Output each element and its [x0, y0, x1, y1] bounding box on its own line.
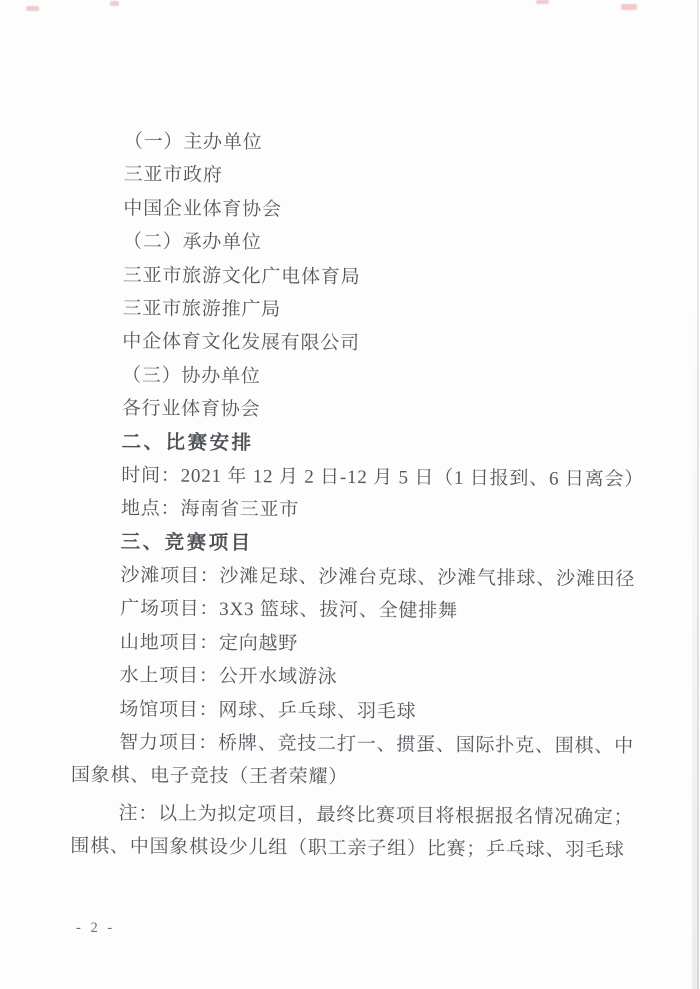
red-scan-mark — [26, 6, 39, 11]
doc-line: 沙滩项目：沙滩足球、沙滩台克球、沙滩气排球、沙滩田径 — [72, 559, 628, 597]
doc-line: 地点：海南省三亚市 — [73, 492, 629, 530]
document-body: （一）主办单位 三亚市政府 中国企业体育协会 （二）承办单位 三亚市旅游文化广电… — [70, 125, 632, 868]
doc-line: （一）主办单位 — [76, 125, 632, 163]
doc-line: 时间：2021 年 12 月 2 日-12 月 5 日（1 日报到、6 日离会） — [73, 459, 629, 497]
doc-line: 智力项目：桥牌、竞技二打一、掼蛋、国际扑克、围棋、中 — [71, 726, 627, 764]
doc-line: 三亚市旅游推广局 — [74, 292, 630, 330]
red-scan-mark — [110, 1, 119, 6]
scan-edge-line — [697, 0, 699, 989]
red-scan-mark — [621, 4, 637, 10]
section-heading: 二、比赛安排 — [73, 425, 629, 463]
section-heading: 三、竞赛项目 — [73, 525, 629, 563]
scan-edge-shadow — [692, 300, 697, 989]
page-number: - 2 - — [76, 920, 115, 937]
doc-line: 中企体育文化发展有限公司 — [74, 325, 630, 363]
doc-line: 山地项目：定向越野 — [72, 626, 628, 664]
doc-line: 广场项目：3X3 篮球、拔河、全健排舞 — [72, 592, 628, 630]
doc-line: 国象棋、电子竞技（王者荣耀） — [71, 759, 627, 797]
doc-line: 场馆项目：网球、乒乓球、羽毛球 — [71, 692, 627, 730]
doc-line: （三）协办单位 — [74, 359, 630, 397]
doc-line: 水上项目：公开水域游泳 — [72, 659, 628, 697]
doc-line: 各行业体育协会 — [74, 392, 630, 430]
red-scan-mark — [536, 0, 549, 4]
doc-line: 三亚市政府 — [75, 158, 631, 196]
doc-line: 三亚市旅游文化广电体育局 — [75, 258, 631, 296]
doc-line: 中国企业体育协会 — [75, 192, 631, 230]
doc-line: 注：以上为拟定项目，最终比赛项目将根据报名情况确定； — [70, 797, 626, 835]
doc-line: 围棋、中国象棋设少儿组（职工亲子组）比赛；乒乓球、羽毛球 — [70, 830, 626, 868]
doc-line: （二）承办单位 — [75, 225, 631, 263]
